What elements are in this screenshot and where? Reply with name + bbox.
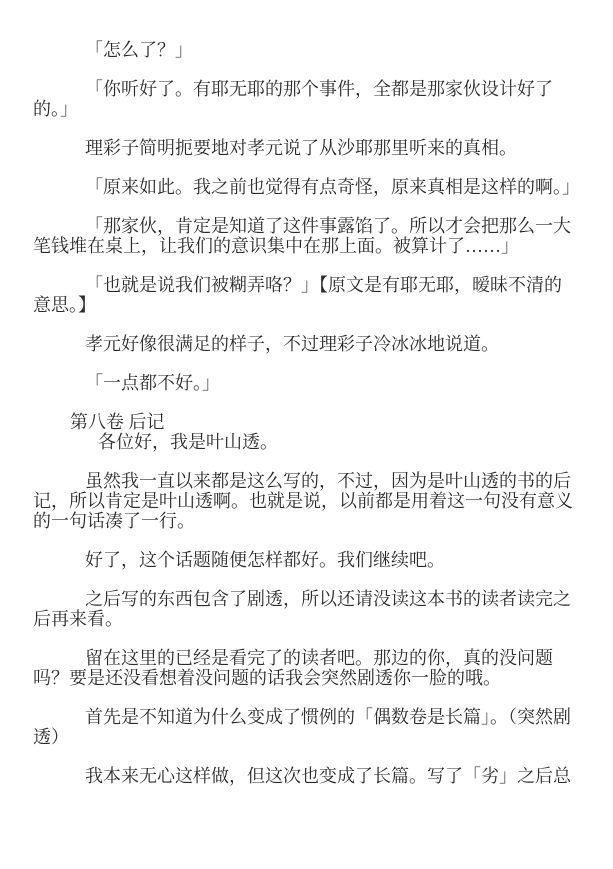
- afterword-paragraph: 留在这里的已经是看完了的读者吧。那边的你，真的没问题吗？要是还没看想着没问题的话…: [33, 648, 575, 688]
- afterword-volume-heading: 第八卷 后记: [33, 412, 575, 432]
- afterword-greeting: 各位好，我是叶山透。: [33, 432, 575, 452]
- afterword-paragraph: 首先是不知道为什么变成了惯例的「偶数卷是长篇」。（突然剧透）: [33, 707, 575, 747]
- afterword-paragraph: 之后写的东西包含了剧透，所以还请没读这本书的读者读完之后再来看。: [33, 589, 575, 629]
- dialogue-paragraph: 「原来如此。我之前也觉得有点奇怪，原来真相是这样的啊。」: [33, 177, 575, 197]
- document-page: 「怎么了？」 「你听好了。有耶无耶的那个事件，全都是那家伙设计好了的。」 理彩子…: [0, 0, 613, 869]
- narration-paragraph: 理彩子简明扼要地对孝元说了从沙耶那里听来的真相。: [33, 138, 575, 158]
- dialogue-paragraph: 「怎么了？」: [33, 40, 575, 60]
- narration-paragraph: 孝元好像很满足的样子，不过理彩子冷冰冰地说道。: [33, 334, 575, 354]
- dialogue-paragraph: 「你听好了。有耶无耶的那个事件，全都是那家伙设计好了的。」: [33, 79, 575, 119]
- afterword-paragraph: 我本来无心这样做，但这次也变成了长篇。写了「劣」之后总: [33, 766, 575, 786]
- story-section: 「怎么了？」 「你听好了。有耶无耶的那个事件，全都是那家伙设计好了的。」 理彩子…: [33, 40, 575, 393]
- afterword-paragraph: 好了，这个话题随便怎样都好。我们继续吧。: [33, 550, 575, 570]
- afterword-paragraph: 虽然我一直以来都是这么写的，不过，因为是叶山透的书的后记，所以肯定是叶山透啊。也…: [33, 471, 575, 531]
- dialogue-paragraph: 「一点都不好。」: [33, 373, 575, 393]
- afterword-section: 第八卷 后记 各位好，我是叶山透。 虽然我一直以来都是这么写的，不过，因为是叶山…: [33, 412, 575, 786]
- dialogue-paragraph: 「那家伙，肯定是知道了这件事露馅了。所以才会把那么一大笔钱堆在桌上，让我们的意识…: [33, 216, 575, 256]
- dialogue-paragraph-with-translator-note: 「也就是说我们被糊弄咯？」【原文是有耶无耶，暧昧不清的意思。】: [33, 275, 575, 315]
